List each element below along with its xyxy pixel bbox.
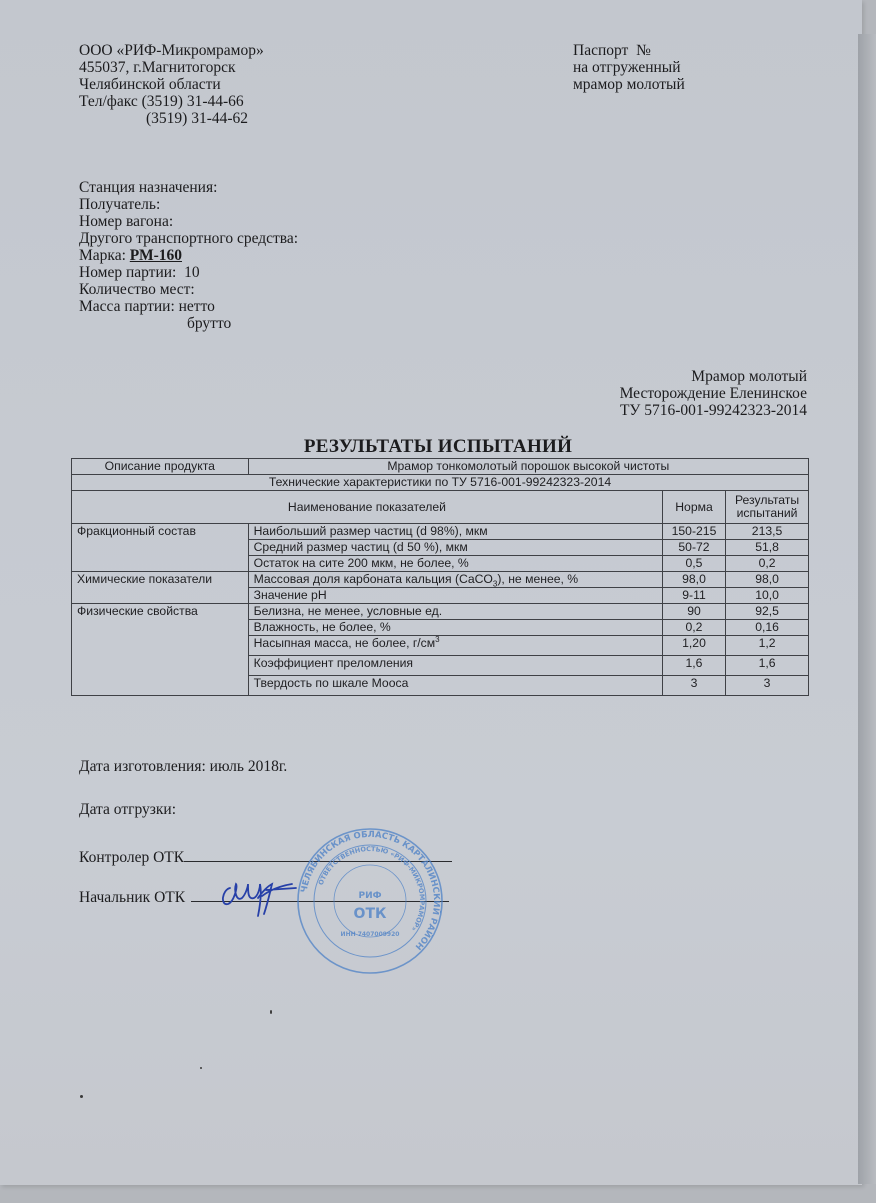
shipment-date: Дата отгрузки: <box>79 801 287 818</box>
brand-field: Марка: РМ-160 <box>79 247 298 264</box>
company-address-2: Челябинской области <box>79 76 264 93</box>
product-info-line-3: ТУ 5716-001-99242323-2014 <box>620 402 807 419</box>
description-value: Мрамор тонкомолотый порошок высокой чист… <box>248 459 808 475</box>
group-name: Физические свойства <box>72 604 249 696</box>
brand-value: РМ-160 <box>130 247 182 264</box>
table-row: Химические показателиМассовая доля карбо… <box>72 572 809 588</box>
signature-icon <box>200 868 320 928</box>
scan-speck <box>80 1095 83 1098</box>
shipping-block: Станция назначения: Получатель: Номер ва… <box>79 179 298 332</box>
page-edge-shadow <box>858 34 876 1184</box>
parameter-name: Влажность, не более, % <box>248 620 662 636</box>
parameter-name: Наибольший размер частиц (d 98%), мкм <box>248 524 662 540</box>
parameter-name: Значение pH <box>248 588 662 604</box>
product-info-line-1: Мрамор молотый <box>620 368 807 385</box>
dates-block: Дата изготовления: июль 2018г. Дата отгр… <box>79 758 287 844</box>
passport-line-3: мрамор молотый <box>573 76 685 93</box>
product-info-line-2: Месторождение Еленинское <box>620 385 807 402</box>
mass-gross-field: брутто <box>79 315 298 332</box>
parameter-name: Коэффициент преломления <box>248 656 662 676</box>
norm-value: 3 <box>662 676 725 696</box>
brand-label: Марка: <box>79 247 130 264</box>
parameter-name: Белизна, не менее, условные ед. <box>248 604 662 620</box>
header-result: Результаты испытаний <box>726 491 809 524</box>
header-norm: Норма <box>662 491 725 524</box>
header-row: Наименование показателей Норма Результат… <box>72 491 809 524</box>
description-row: Описание продукта Мрамор тонкомолотый по… <box>72 459 809 475</box>
spec-row: Технические характеристики по ТУ 5716-00… <box>72 475 809 491</box>
norm-value: 1,6 <box>662 656 725 676</box>
scan-speck <box>270 1010 272 1014</box>
norm-value: 0,2 <box>662 620 725 636</box>
result-value: 98,0 <box>726 572 809 588</box>
results-table: Описание продукта Мрамор тонкомолотый по… <box>71 458 809 696</box>
result-value: 1,6 <box>726 656 809 676</box>
scan-speck <box>200 1067 202 1069</box>
product-info-block: Мрамор молотый Месторождение Еленинское … <box>620 368 807 419</box>
group-name: Химические показатели <box>72 572 249 604</box>
parameter-name: Средний размер частиц (d 50 %), мкм <box>248 540 662 556</box>
parameter-name: Насыпная масса, не более, г/см3 <box>248 636 662 656</box>
company-phone-2: (3519) 31-44-62 <box>79 110 264 127</box>
station-field: Станция назначения: <box>79 179 298 196</box>
mass-net-field: Масса партии: нетто <box>79 298 298 315</box>
result-value: 0,16 <box>726 620 809 636</box>
result-value: 213,5 <box>726 524 809 540</box>
places-field: Количество мест: <box>79 281 298 298</box>
result-value: 10,0 <box>726 588 809 604</box>
result-value: 92,5 <box>726 604 809 620</box>
head-label: Начальник ОТК <box>79 889 185 906</box>
norm-value: 9-11 <box>662 588 725 604</box>
result-value: 3 <box>726 676 809 696</box>
norm-value: 98,0 <box>662 572 725 588</box>
norm-value: 1,20 <box>662 636 725 656</box>
result-value: 0,2 <box>726 556 809 572</box>
norm-value: 90 <box>662 604 725 620</box>
norm-value: 50-72 <box>662 540 725 556</box>
header-name: Наименование показателей <box>72 491 663 524</box>
manufacture-date: Дата изготовления: июль 2018г. <box>79 758 287 775</box>
svg-text:ИНН 7407009920: ИНН 7407009920 <box>341 931 400 938</box>
passport-block: Паспорт № на отгруженный мрамор молотый <box>573 42 685 93</box>
company-phone: Тел/факс (3519) 31-44-66 <box>79 93 264 110</box>
svg-text:ОТК: ОТК <box>354 906 387 922</box>
spec-text: Технические характеристики по ТУ 5716-00… <box>72 475 809 491</box>
company-name: ООО «РИФ-Микромрамор» <box>79 42 264 59</box>
parameter-name: Остаток на сите 200 мкм, не более, % <box>248 556 662 572</box>
table-row: Физические свойстваБелизна, не менее, ус… <box>72 604 809 620</box>
svg-text:РИФ: РИФ <box>358 891 381 901</box>
other-transport-field: Другого транспортного средства: <box>79 230 298 247</box>
company-address-1: 455037, г.Магнитогорск <box>79 59 264 76</box>
company-block: ООО «РИФ-Микромрамор» 455037, г.Магнитог… <box>79 42 264 127</box>
recipient-field: Получатель: <box>79 196 298 213</box>
batch-field: Номер партии: 10 <box>79 264 298 281</box>
result-value: 51,8 <box>726 540 809 556</box>
parameter-name: Твердость по шкале Мооса <box>248 676 662 696</box>
description-label: Описание продукта <box>72 459 249 475</box>
table-row: Фракционный составНаибольший размер част… <box>72 524 809 540</box>
norm-value: 0,5 <box>662 556 725 572</box>
passport-title: Паспорт № <box>573 42 685 59</box>
controller-label: Контролер ОТК <box>79 849 184 866</box>
result-value: 1,2 <box>726 636 809 656</box>
parameter-name: Массовая доля карбоната кальция (CaCO3),… <box>248 572 662 588</box>
results-title: РЕЗУЛЬТАТЫ ИСПЫТАНИЙ <box>0 436 876 458</box>
passport-line-2: на отгруженный <box>573 59 685 76</box>
wagon-field: Номер вагона: <box>79 213 298 230</box>
norm-value: 150-215 <box>662 524 725 540</box>
group-name: Фракционный состав <box>72 524 249 572</box>
